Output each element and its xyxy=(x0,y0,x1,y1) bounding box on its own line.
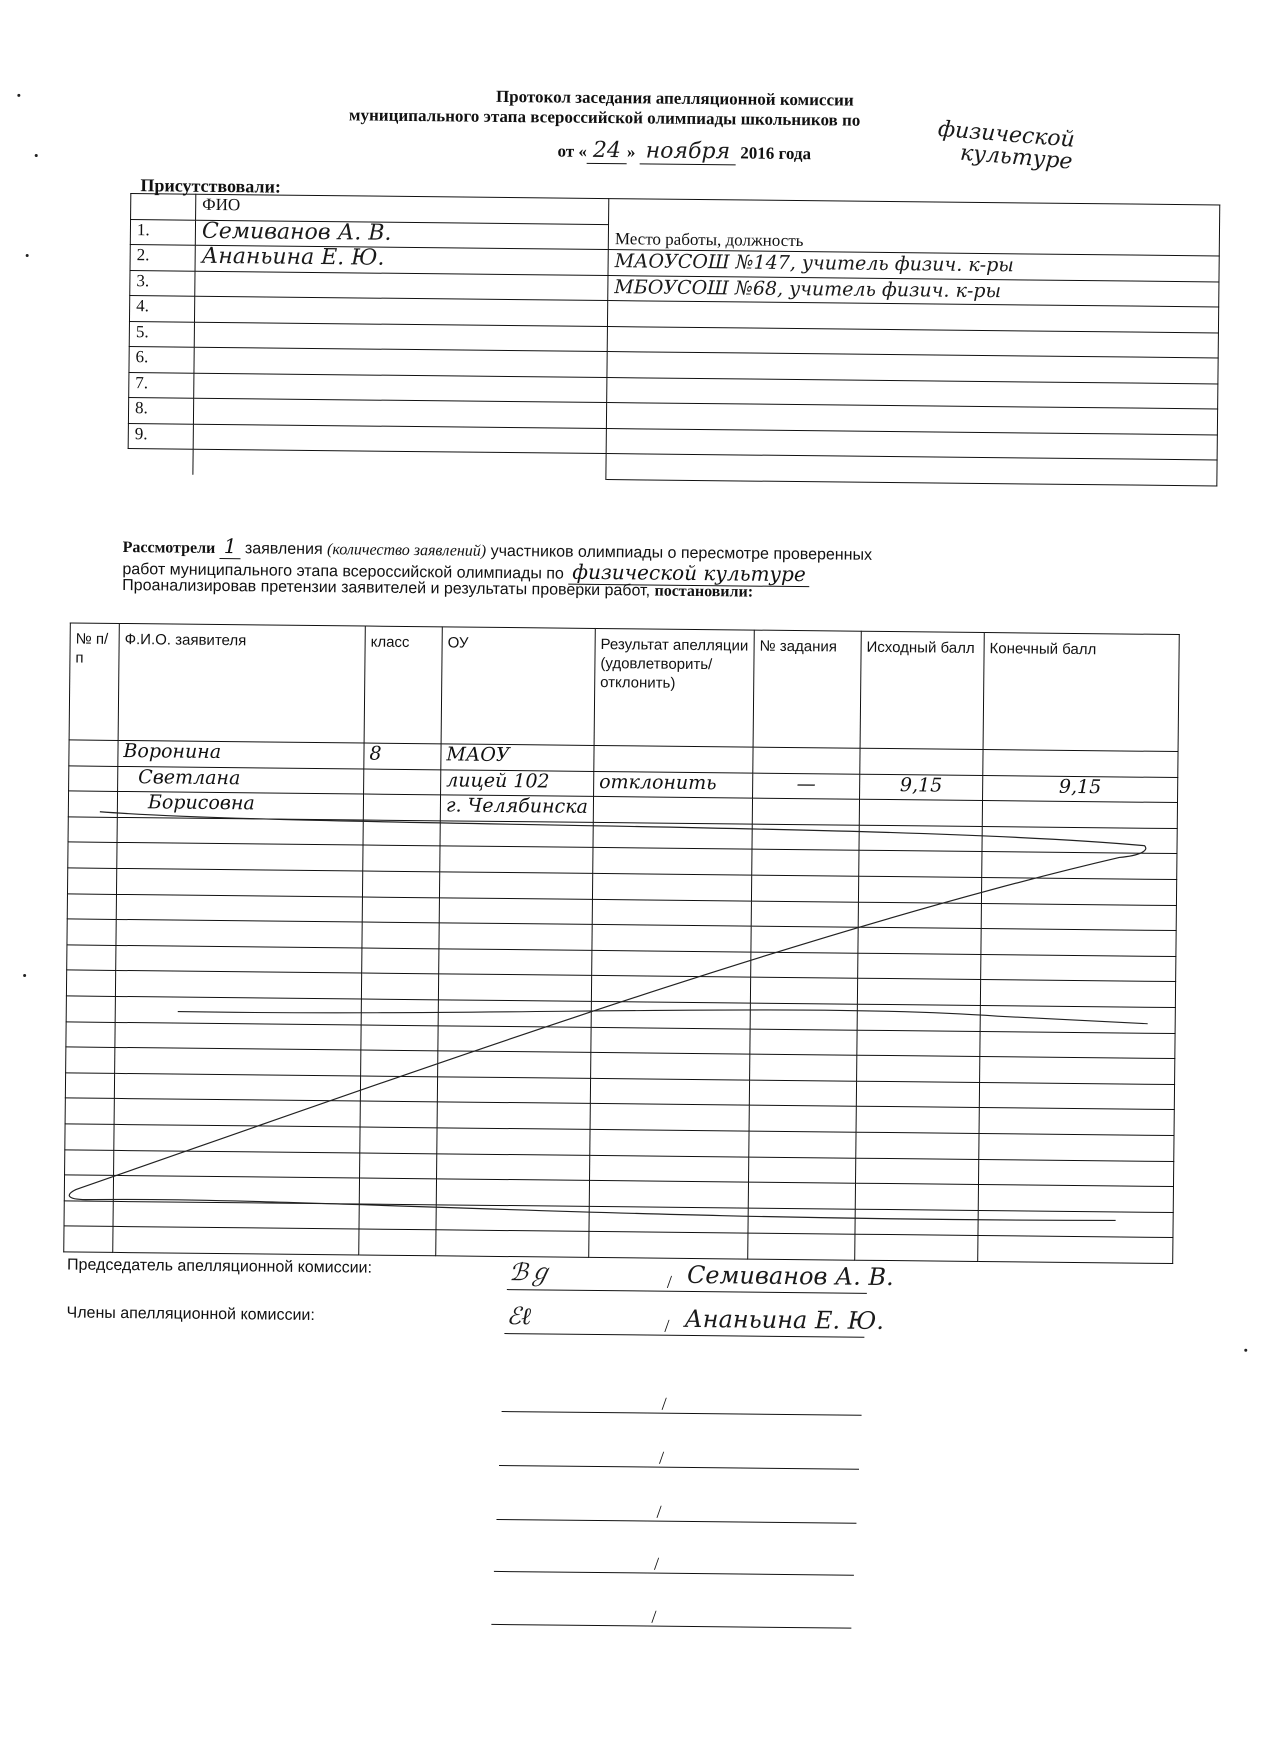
cell-result xyxy=(591,1027,750,1054)
cell-fio xyxy=(116,868,362,896)
cell-grade xyxy=(364,769,441,795)
cell-final xyxy=(981,954,1176,982)
cell-final xyxy=(979,1082,1174,1110)
cell-task xyxy=(750,977,857,1004)
cell-fio xyxy=(117,843,363,871)
cell-final xyxy=(980,980,1175,1008)
cell-result xyxy=(592,899,751,926)
chair-label: Председатель апелляционной комиссии: xyxy=(67,1256,372,1277)
cell-initial xyxy=(855,1234,978,1261)
cell-grade xyxy=(362,871,439,897)
cell-school xyxy=(439,872,592,899)
cell-num xyxy=(67,919,116,945)
protocol-page: Протокол заседания апелляционной комисси… xyxy=(0,0,1275,1755)
appeals-header-row: № п/п Ф.И.О. заявителя класс ОУ Результа… xyxy=(69,623,1179,752)
col-result-header: Результат апелляции (удовлетворить/ откл… xyxy=(594,628,754,747)
cell-initial xyxy=(855,1183,978,1210)
separator: / xyxy=(651,1607,656,1628)
cell-fio xyxy=(114,1150,360,1178)
cell-fio: Борисовна xyxy=(117,792,363,820)
cell-num xyxy=(64,1201,113,1227)
cell-grade xyxy=(361,999,438,1025)
cell-final: 9,15 xyxy=(982,775,1177,803)
cell-school xyxy=(436,1179,589,1206)
cell-initial xyxy=(858,953,981,980)
cell-initial xyxy=(857,1004,980,1031)
date-suffix: 2016 года xyxy=(740,143,811,163)
cell-task xyxy=(750,1054,857,1081)
cell-num xyxy=(69,740,118,766)
cell-fio: Светлана xyxy=(118,766,364,794)
cell-fio xyxy=(117,817,363,845)
signature-line: / xyxy=(502,1387,862,1416)
cell-final xyxy=(981,903,1176,931)
cell-initial xyxy=(859,851,982,878)
cell-grade xyxy=(360,1127,437,1153)
cell-grade xyxy=(360,1101,437,1127)
cell-result xyxy=(594,745,753,772)
cell-num xyxy=(67,893,116,919)
col-work-header: Место работы, должность xyxy=(615,229,804,250)
signature-line: / xyxy=(494,1547,854,1576)
cell-task xyxy=(748,1182,855,1209)
cell-school: МАОУ xyxy=(441,744,594,771)
cell-initial xyxy=(858,876,981,903)
separator: / xyxy=(654,1554,659,1575)
cell-result xyxy=(593,848,752,875)
cell-fio xyxy=(113,1176,359,1204)
separator: / xyxy=(664,1316,669,1337)
cell-grade xyxy=(361,1050,438,1076)
cell-num xyxy=(65,1098,114,1124)
cell-initial xyxy=(859,825,982,852)
date-month: ноября xyxy=(640,138,737,165)
cell-task xyxy=(751,952,858,979)
cell-school xyxy=(438,1051,591,1078)
cell-final xyxy=(978,1210,1173,1238)
cell-school xyxy=(440,821,593,848)
cell-initial xyxy=(859,799,982,826)
cell-task xyxy=(753,747,860,774)
cell-task xyxy=(752,849,859,876)
cell-grade xyxy=(363,794,440,820)
signature: ℰℓ xyxy=(506,1302,531,1331)
cell-fio xyxy=(116,920,362,948)
cell-result xyxy=(590,1078,749,1105)
cell-task xyxy=(751,875,858,902)
cell-school xyxy=(437,1077,590,1104)
cell-school xyxy=(439,923,592,950)
cell-final xyxy=(981,929,1176,957)
present-table: ФИО Место работы, должность 1.Семиванов … xyxy=(127,193,1220,486)
cell-result xyxy=(590,1129,749,1156)
cell-result xyxy=(592,873,751,900)
cell-final xyxy=(981,877,1176,905)
cell-grade xyxy=(362,948,439,974)
cell-num xyxy=(65,1124,114,1150)
row-number: 7. xyxy=(129,372,194,398)
cell-num xyxy=(66,1021,115,1047)
cell-task xyxy=(750,1003,857,1030)
cell-initial xyxy=(855,1209,978,1236)
cell-task xyxy=(749,1080,856,1107)
decided-label: постановили: xyxy=(654,583,753,601)
cell-school: лицей 102 xyxy=(441,769,594,796)
row-number: 4. xyxy=(129,296,194,322)
col-task-header: № задания xyxy=(753,630,861,748)
cell-school xyxy=(438,1025,591,1052)
cell-initial xyxy=(858,927,981,954)
row-number: 8. xyxy=(128,398,193,424)
cell-task xyxy=(752,824,859,851)
row-number: 1. xyxy=(130,219,195,245)
cell-result: отклонить xyxy=(593,771,752,798)
signer-name: Ананьина Е. Ю. xyxy=(684,1305,884,1335)
separator: / xyxy=(656,1502,661,1523)
row-number: 5. xyxy=(129,321,194,347)
cell-final xyxy=(982,801,1177,829)
cell-fio xyxy=(116,945,362,973)
cell-grade xyxy=(363,845,440,871)
signature: ℬℊ xyxy=(509,1252,552,1287)
cell-result xyxy=(591,976,750,1003)
cell-grade: 8 xyxy=(364,743,441,769)
cell-school xyxy=(438,974,591,1001)
cell-result xyxy=(591,1001,750,1028)
cell-final xyxy=(980,1005,1175,1033)
cell xyxy=(606,454,1217,486)
cell-school xyxy=(440,846,593,873)
cell-num xyxy=(64,1226,113,1252)
cell-num xyxy=(68,842,117,868)
cell-final xyxy=(982,826,1177,854)
cell-grade xyxy=(362,922,439,948)
cell-result xyxy=(592,950,751,977)
scan-speck xyxy=(26,254,29,257)
cell-initial xyxy=(855,1158,978,1185)
cell-grade xyxy=(359,1204,436,1230)
cell-task xyxy=(751,926,858,953)
cell-task xyxy=(749,1131,856,1158)
cell-task: — xyxy=(752,773,859,800)
cell-grade xyxy=(362,897,439,923)
cell-num xyxy=(67,945,116,971)
cell-num xyxy=(64,1175,113,1201)
cell-task xyxy=(748,1233,855,1260)
cell-school xyxy=(438,1000,591,1027)
scan-speck xyxy=(35,154,38,157)
signature-line: / xyxy=(491,1600,851,1629)
cell-final xyxy=(979,1108,1174,1136)
cell-fio xyxy=(115,971,361,999)
signature-line: ℰℓ/Ананьина Е. Ю. xyxy=(504,1309,864,1338)
date-prefix: от « xyxy=(557,142,587,161)
row-number: 6. xyxy=(129,347,194,373)
cell-fio: Воронина xyxy=(118,740,364,768)
cell-num xyxy=(66,970,115,996)
cell-initial xyxy=(857,1055,980,1082)
col-final-header: Конечный балл xyxy=(983,633,1179,752)
cell-initial xyxy=(860,748,983,775)
cell-school xyxy=(439,949,592,976)
date-mid: » xyxy=(627,142,636,161)
cell-final xyxy=(983,750,1178,778)
cell-fio xyxy=(114,1099,360,1127)
cell-num xyxy=(65,1149,114,1175)
row-number: 9. xyxy=(128,423,193,449)
separator: / xyxy=(659,1448,664,1469)
cell-school xyxy=(437,1102,590,1129)
cell-grade xyxy=(359,1178,436,1204)
cell-result xyxy=(589,1232,748,1259)
separator: / xyxy=(662,1394,667,1415)
signature-line: / xyxy=(496,1495,856,1524)
col-num-header: № п/п xyxy=(69,623,119,741)
cell-school xyxy=(439,897,592,924)
col-fio-header: Ф.И.О. заявителя xyxy=(118,623,365,743)
cell-final xyxy=(978,1185,1173,1213)
cell-school xyxy=(437,1153,590,1180)
scan-speck xyxy=(1244,1349,1247,1352)
row-number: 3. xyxy=(130,270,195,296)
cell-num xyxy=(66,1047,115,1073)
cell-result xyxy=(593,822,752,849)
signature-rows: ℬℊ/Семиванов А. В.ℰℓ/Ананьина Е. Ю.///// xyxy=(8,0,1275,7)
cell xyxy=(128,449,193,475)
cell-fio xyxy=(113,1201,359,1229)
cell-fio xyxy=(114,1073,360,1101)
cell-initial xyxy=(856,1081,979,1108)
cell-task xyxy=(749,1105,856,1132)
cell-result xyxy=(592,925,751,952)
cell-fio xyxy=(115,1022,361,1050)
cell-fio xyxy=(115,1048,361,1076)
cell-num xyxy=(69,766,118,792)
col-grade-header: класс xyxy=(364,626,442,744)
cell xyxy=(193,449,606,479)
cell-task xyxy=(748,1208,855,1235)
cell-grade xyxy=(360,1076,437,1102)
cell-final xyxy=(980,1057,1175,1085)
signature-line: ℬℊ/Семиванов А. В. xyxy=(507,1265,867,1294)
cell-grade xyxy=(363,820,440,846)
cell-initial xyxy=(857,1030,980,1057)
cell-result xyxy=(589,1181,748,1208)
signature-line: / xyxy=(499,1441,859,1470)
protocol-date: от «24» ноября 2016 года xyxy=(47,132,1275,171)
col-school-header: ОУ xyxy=(441,627,595,746)
scan-speck xyxy=(17,94,20,97)
cell-fio xyxy=(113,1227,359,1255)
cell-final xyxy=(979,1133,1174,1161)
cell-final xyxy=(980,1031,1175,1059)
appeals-table: № п/п Ф.И.О. заявителя класс ОУ Результа… xyxy=(63,622,1180,1263)
cell-initial xyxy=(856,1132,979,1159)
cell-num xyxy=(66,996,115,1022)
cell-final xyxy=(978,1159,1173,1187)
cell-school: г. Челябинска xyxy=(440,795,593,822)
col-initial-header: Исходный балл xyxy=(860,631,984,749)
cell-fio xyxy=(116,894,362,922)
cell xyxy=(131,194,196,220)
cell-initial xyxy=(857,979,980,1006)
cell-result xyxy=(589,1155,748,1182)
cell-result xyxy=(589,1206,748,1233)
cell-initial xyxy=(856,1107,979,1134)
cell-final xyxy=(982,852,1177,880)
cell-initial xyxy=(858,902,981,929)
cell-task xyxy=(752,798,859,825)
cell-task xyxy=(751,901,858,928)
signer-name: Семиванов А. В. xyxy=(687,1261,894,1291)
col-work-header: Место работы, должность xyxy=(608,199,1220,256)
cell-fio xyxy=(114,1124,360,1152)
cell-task xyxy=(750,1029,857,1056)
cell-grade xyxy=(360,1153,437,1179)
cell-result xyxy=(591,1053,750,1080)
cell-num xyxy=(65,1073,114,1099)
cell-num xyxy=(67,868,116,894)
cell-final xyxy=(978,1236,1173,1264)
cell-result xyxy=(590,1104,749,1131)
cell-grade xyxy=(359,1229,436,1255)
cell-grade xyxy=(361,973,438,999)
cell-fio xyxy=(115,996,361,1024)
scan-speck xyxy=(23,974,26,977)
cell-grade xyxy=(361,1025,438,1051)
members-label: Члены апелляционной комиссии: xyxy=(66,1304,314,1325)
cell-num xyxy=(68,791,117,817)
cell-num xyxy=(68,817,117,843)
separator: / xyxy=(667,1272,672,1293)
cell-result xyxy=(593,797,752,824)
date-day: 24 xyxy=(587,138,627,164)
cell-school xyxy=(437,1128,590,1155)
cell-initial: 9,15 xyxy=(859,774,982,801)
row-number: 2. xyxy=(130,245,195,271)
cell-school xyxy=(436,1204,589,1231)
cell-task xyxy=(748,1157,855,1184)
